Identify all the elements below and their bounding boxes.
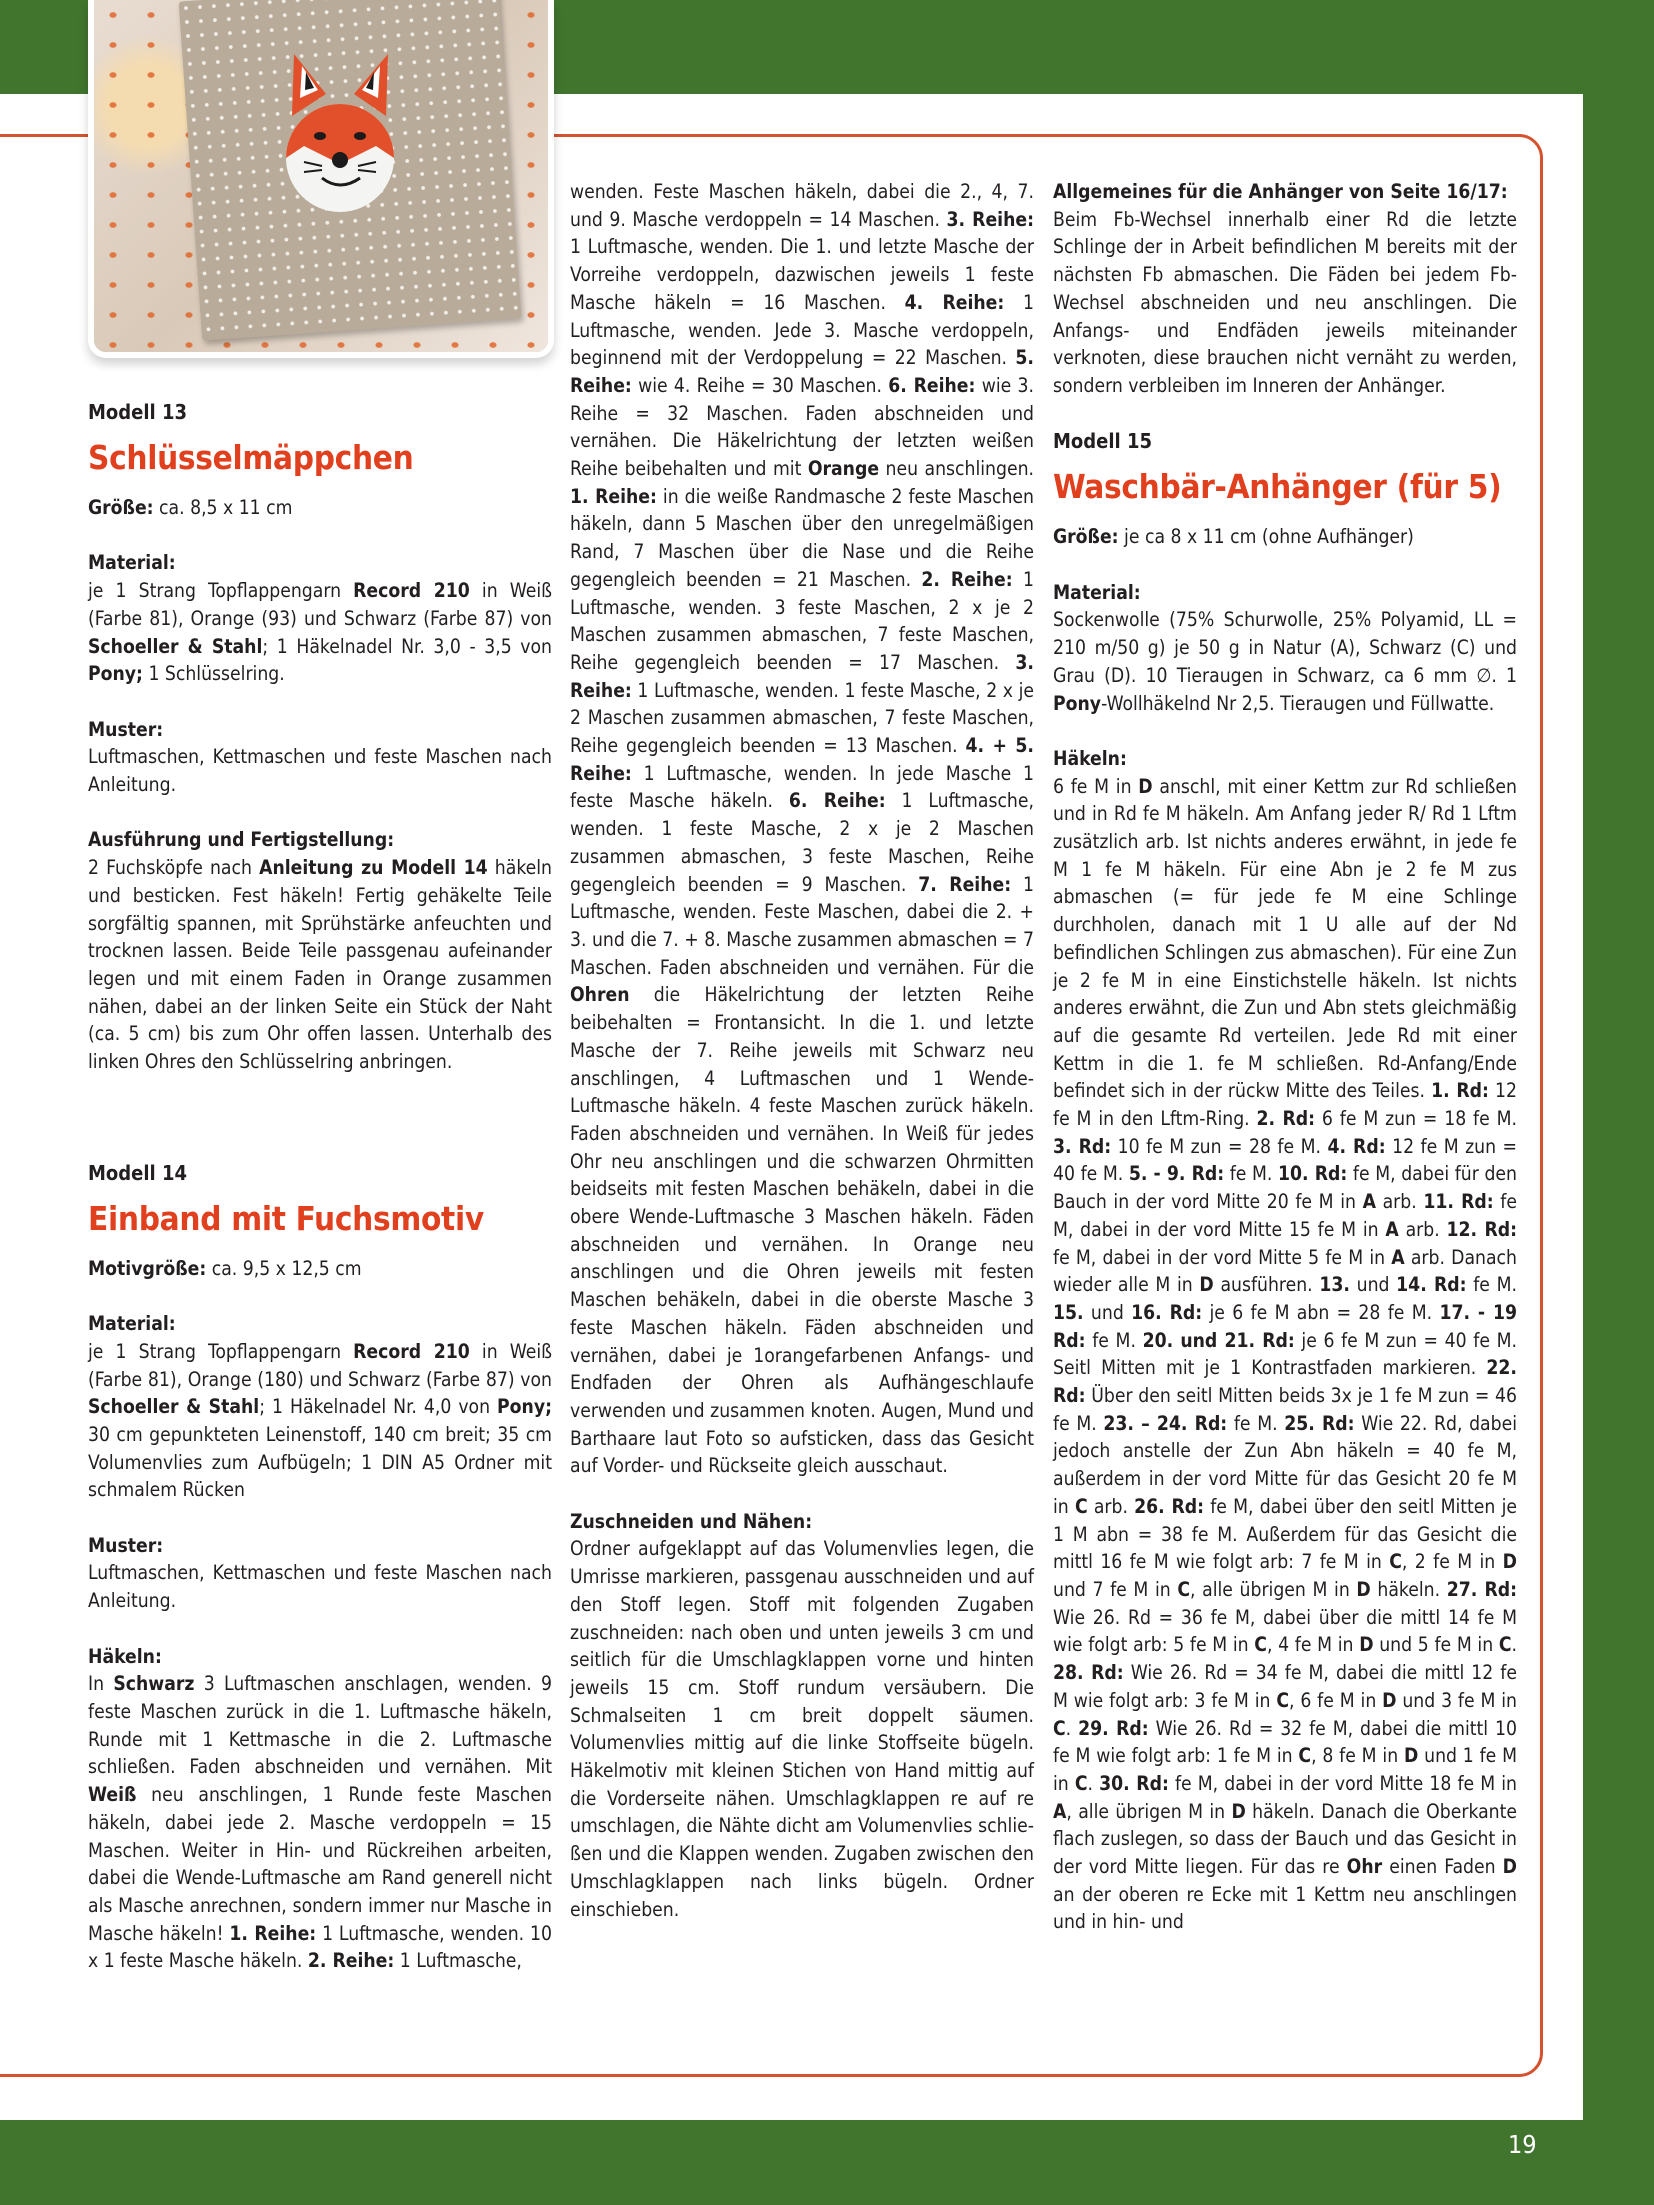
text-run: 1 Luftmasche, [394, 1949, 522, 1972]
text-run: 1 Schlüsselring. [143, 662, 285, 685]
bold-term: D [1199, 1273, 1213, 1296]
spacer [88, 1504, 552, 1532]
section-heading: Ausführung und Fertigstellung: [88, 826, 552, 854]
bold-term: Größe: [88, 496, 154, 519]
section-heading: Muster: [88, 716, 552, 744]
body-paragraph: je 1 Strang Topflappengarn Record 210 in… [88, 1338, 552, 1504]
spacer [88, 1282, 552, 1310]
text-run: 6 fe M zun = 18 fe M. [1315, 1107, 1517, 1130]
text-run: häkeln. [1371, 1578, 1447, 1601]
bold-term: 16. Rd: [1131, 1301, 1202, 1324]
bold-term: 4. Reihe: [905, 291, 1005, 314]
section-heading: Häkeln: [1053, 745, 1517, 773]
bold-term: A [1053, 1800, 1066, 1823]
bold-term: Orange [808, 457, 879, 480]
column-left: Modell 13SchlüsselmäppchenGröße: ca. 8,5… [88, 398, 552, 1975]
text-run: ; 1 Häkelnadel Nr. 3,0 - 3,5 von [262, 635, 552, 658]
bold-term: 14. Rd: [1396, 1273, 1466, 1296]
section-heading: Muster: [88, 1532, 552, 1560]
text-run: , alle übrigen M in [1190, 1578, 1356, 1601]
text-run: 2 Fuchsköpfe nach [88, 856, 259, 879]
bold-term: 27. Rd: [1447, 1578, 1517, 1601]
text-run: je 6 fe M abn = 28 fe M. [1202, 1301, 1439, 1324]
text-run: die Häkelrichtung der letzten Rei­he bei… [570, 983, 1034, 1477]
text-run: ausführen. [1214, 1273, 1320, 1296]
body-paragraph: 2 Fuchsköpfe nach Anleitung zu Modell 14… [88, 854, 552, 1076]
column-right: Allgemeines für die Anhänger von Seite 1… [1053, 178, 1517, 1936]
spacer [88, 1615, 552, 1643]
text-run: wie 4. Rei­he = 30 Maschen. [632, 374, 888, 397]
model-label: Modell 13 [88, 398, 552, 426]
text-run: und [1084, 1301, 1132, 1324]
bold-term: Weiß [88, 1783, 136, 1806]
text-run: einen Faden [1382, 1855, 1503, 1878]
text-run: Luftmaschen, Kettmaschen und feste Masch… [88, 745, 552, 796]
text-run: 30 cm gepunkteten Leinenstoff, 140 cm br… [88, 1423, 552, 1501]
section-heading: Material: [88, 1310, 552, 1338]
text-run: -Wollhäkelnd Nr 2,5. Tieraugen und Füllw… [1101, 692, 1494, 715]
text-run: fe M. [1086, 1329, 1143, 1352]
text-run: arb. [1399, 1218, 1447, 1241]
body-paragraph: Größe: je ca 8 x 11 cm (ohne Aufhänger) [1053, 523, 1517, 551]
body-paragraph: Ordner aufgeklappt auf das Volumenvlies … [570, 1535, 1034, 1923]
bold-term: Ohr [1347, 1855, 1382, 1878]
text-run: fe M, dabei in der vord Mitte 5 fe M in [1053, 1246, 1391, 1269]
text-run: fe M, dabei in der vord Mitte 18 fe M in [1169, 1772, 1517, 1795]
section-heading: Material: [1053, 579, 1517, 607]
spacer [88, 1103, 552, 1131]
text-run: je ca 8 x 11 cm (ohne Aufhänger) [1119, 525, 1414, 548]
spacer [88, 522, 552, 550]
text-run: Ordner aufgeklappt auf das Volumenvlies … [570, 1537, 1034, 1920]
bold-term: 15. [1053, 1301, 1084, 1324]
spacer [1053, 717, 1517, 745]
bold-term: 12. Rd: [1447, 1218, 1517, 1241]
bold-term: Schwarz [113, 1672, 194, 1695]
product-photo [88, 0, 554, 358]
bold-term: D [1503, 1855, 1517, 1878]
bold-term: C [1276, 1689, 1289, 1712]
text-run: , alle übrigen M in [1066, 1800, 1231, 1823]
body-paragraph: je 1 Strang Topflappengarn Record 210 in… [88, 577, 552, 688]
bold-term: D [1356, 1578, 1370, 1601]
body-paragraph: Größe: ca. 8,5 x 11 cm [88, 494, 552, 522]
text-run: Beim Fb-Wechsel innerhalb einer Rd die l… [1053, 208, 1517, 397]
bold-term: 28. Rd: [1053, 1661, 1124, 1684]
bold-term: 5. - 9. Rd: [1129, 1162, 1224, 1185]
spacer [88, 688, 552, 716]
bold-term: 13. [1319, 1273, 1350, 1296]
column-middle: wenden. Feste Maschen häkeln, dabei die … [570, 178, 1034, 1923]
spacer [88, 1131, 552, 1159]
bold-term: C [1075, 1772, 1088, 1795]
fox-motif-icon [264, 46, 414, 216]
bold-term: Größe: [1053, 525, 1119, 548]
bold-term: C [1298, 1744, 1311, 1767]
bold-term: Record 210 [353, 579, 470, 602]
text-run: 6 fe M in [1053, 775, 1138, 798]
bold-term: A [1391, 1246, 1404, 1269]
text-run: neu anschlingen. [879, 457, 1034, 480]
body-paragraph: In Schwarz 3 Luftmaschen anschlagen, wen… [88, 1670, 552, 1975]
text-run: und 3 fe M in [1396, 1689, 1517, 1712]
bold-term: A [1385, 1218, 1398, 1241]
model-label: Modell 15 [1053, 427, 1517, 455]
text-run: ca. 8,5 x 11 cm [154, 496, 293, 519]
body-paragraph: Beim Fb-Wechsel innerhalb einer Rd die l… [1053, 206, 1517, 400]
bold-term: Ohren [570, 983, 629, 1006]
bold-term: D [1503, 1550, 1517, 1573]
bold-term: 26. Rd: [1134, 1495, 1204, 1518]
spacer [88, 799, 552, 827]
text-run: . [1088, 1772, 1100, 1795]
text-run: , 6 fe M in [1289, 1689, 1382, 1712]
bold-term: Pony [1053, 692, 1101, 715]
text-run: . [1066, 1717, 1078, 1740]
bold-term: C [1053, 1717, 1066, 1740]
bold-term: Pony; [497, 1395, 552, 1418]
bold-term: C [1177, 1578, 1190, 1601]
bold-term: A [1363, 1190, 1376, 1213]
text-run: ; 1 Häkelnadel Nr. 4,0 von [259, 1395, 497, 1418]
bold-term: Schoeller & Stahl [88, 635, 262, 658]
text-run: 10 fe M zun = 28 fe M. [1111, 1135, 1327, 1158]
bold-term: 25. Rd: [1284, 1412, 1354, 1435]
text-run: , 4 fe M in [1267, 1633, 1359, 1656]
bold-term: 1. Reihe: [229, 1922, 316, 1945]
text-run: arb. [1088, 1495, 1135, 1518]
bold-term: 6. Reihe: [789, 789, 886, 812]
body-paragraph: Luftmaschen, Kettmaschen und feste Masch… [88, 743, 552, 798]
bold-term: 23. – 24. Rd: [1103, 1412, 1227, 1435]
bold-term: 7. Reihe: [918, 873, 1011, 896]
text-run: ca. 9,5 x 12,5 cm [206, 1257, 361, 1280]
bold-term: Motivgröße: [88, 1257, 206, 1280]
text-run: fe M. [1227, 1412, 1284, 1435]
bold-term: 30. Rd: [1099, 1772, 1169, 1795]
bold-term: D [1138, 775, 1152, 798]
bold-term: 3. Rd: [1053, 1135, 1111, 1158]
text-run: je 1 Strang Topflappengarn [88, 579, 353, 602]
bold-term: 2. Reihe: [921, 568, 1012, 591]
bold-term: 1. Rd: [1431, 1079, 1489, 1102]
bold-term: C [1389, 1550, 1402, 1573]
text-run: fe M. [1467, 1273, 1517, 1296]
section-heading: Material: [88, 549, 552, 577]
model-title: Einband mit Fuchsmotiv [88, 1199, 552, 1239]
spacer [1053, 551, 1517, 579]
bold-term: 4. Rd: [1327, 1135, 1385, 1158]
text-run: und [1350, 1273, 1396, 1296]
bold-term: 1. Reihe: [570, 485, 657, 508]
section-heading: Häkeln: [88, 1643, 552, 1671]
model-title: Waschbär-Anhänger (für 5) [1053, 467, 1517, 507]
spacer [1053, 400, 1517, 428]
spacer [570, 1480, 1034, 1508]
text-run: Sockenwolle (75% Schurwolle, 25% Polyami… [1053, 608, 1517, 686]
page-number: 19 [1508, 2130, 1537, 2160]
text-run: neu anschlingen, 1 Runde feste Maschen h… [88, 1783, 552, 1945]
bold-term: D [1359, 1633, 1373, 1656]
text-run: an der oberen re Ecke mit 1 Kettm neu an… [1053, 1883, 1517, 1934]
text-run: fe M. [1224, 1162, 1278, 1185]
body-paragraph: Sockenwolle (75% Schurwolle, 25% Polyami… [1053, 606, 1517, 717]
bold-term: 3. Reihe: [947, 208, 1034, 231]
bold-term: 29. Rd: [1078, 1717, 1149, 1740]
text-run: Luftmaschen, Kettmaschen und feste Masch… [88, 1561, 552, 1612]
text-run: . [1512, 1633, 1517, 1656]
bold-term: 11. Rd: [1423, 1190, 1493, 1213]
text-run: arb. [1376, 1190, 1423, 1213]
model-title: Schlüsselmäppchen [88, 438, 552, 478]
body-paragraph: 6 fe M in D anschl, mit einer Kettm zur … [1053, 773, 1517, 1937]
bold-term: Schoeller & Stahl [88, 1395, 259, 1418]
bold-term: 2. Rd: [1257, 1107, 1316, 1130]
body-paragraph: Motivgröße: ca. 9,5 x 12,5 cm [88, 1255, 552, 1283]
text-run: , 8 fe M in [1311, 1744, 1404, 1767]
bold-term: D [1382, 1689, 1396, 1712]
bold-term: C [1499, 1633, 1512, 1656]
bold-term: D [1231, 1800, 1245, 1823]
text-run: , 2 fe M in [1402, 1550, 1503, 1573]
section-heading: Allgemeines für die Anhänger von Seite 1… [1053, 178, 1517, 206]
bold-term: 2. Reihe: [308, 1949, 394, 1972]
text-run: anschl, mit einer Kettm zur Rd schlie­ße… [1053, 775, 1517, 1103]
bold-term: 20. und 21. Rd: [1143, 1329, 1295, 1352]
bold-term: Record 210 [353, 1340, 470, 1363]
bold-term: C [1254, 1633, 1267, 1656]
spacer [88, 1076, 552, 1104]
text-run: häkeln und besticken. Fest häkeln! Ferti… [88, 856, 552, 1073]
bold-term: D [1404, 1744, 1418, 1767]
body-paragraph: wenden. Feste Maschen häkeln, dabei die … [570, 178, 1034, 1480]
text-run: je 1 Strang Topflappengarn [88, 1340, 353, 1363]
bold-term: 10. Rd: [1278, 1162, 1347, 1185]
bold-term: Pony; [88, 662, 143, 685]
bold-term: 6. Reihe: [888, 374, 975, 397]
text-run: In [88, 1672, 113, 1695]
bold-term: C [1075, 1495, 1088, 1518]
model-label: Modell 14 [88, 1159, 552, 1187]
body-paragraph: Luftmaschen, Kettmaschen und feste Masch… [88, 1559, 552, 1614]
section-heading: Zuschneiden und Nähen: [570, 1508, 1034, 1536]
text-run: und 7 fe M in [1053, 1578, 1177, 1601]
text-run: und 5 fe M in [1374, 1633, 1499, 1656]
bold-term: Anleitung zu Modell 14 [259, 856, 488, 879]
